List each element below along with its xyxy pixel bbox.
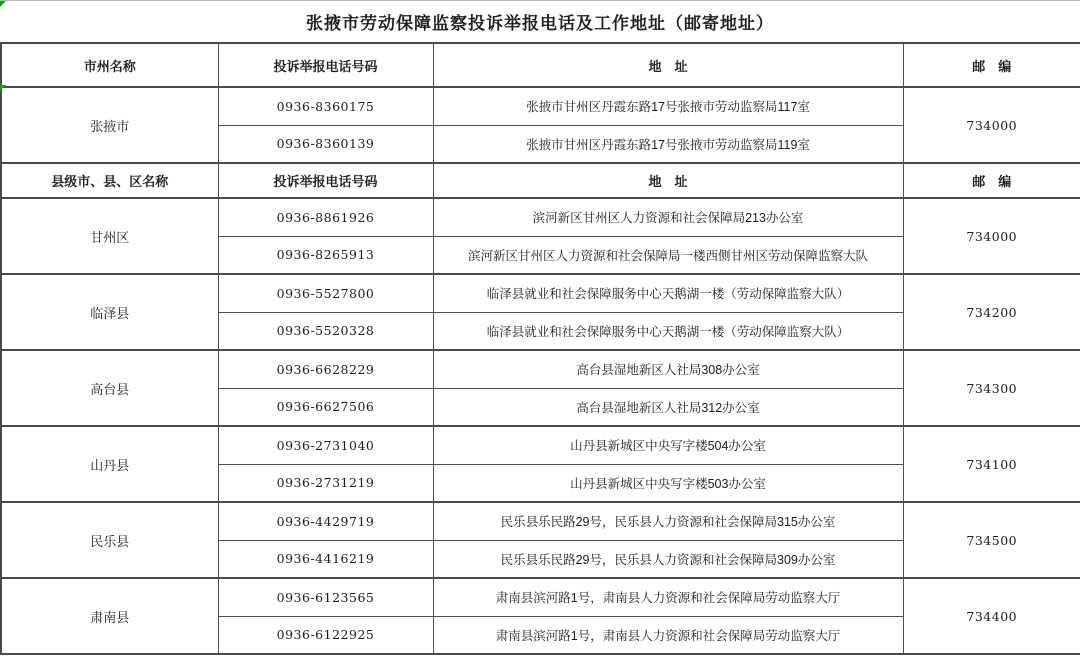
address-cell: 张掖市甘州区丹霞东路17号张掖市劳动监察局117室 bbox=[433, 87, 903, 125]
postal-code-cell: 734300 bbox=[903, 350, 1080, 426]
address-cell: 民乐县乐民路29号，民乐县人力资源和社会保障局315办公室 bbox=[433, 502, 903, 540]
phone-cell: 0936-5527800 bbox=[218, 274, 433, 312]
table-row: 民乐县0936-4429719民乐县乐民路29号，民乐县人力资源和社会保障局31… bbox=[1, 502, 1080, 540]
phone-cell: 0936-4429719 bbox=[218, 502, 433, 540]
address-cell: 山丹县新城区中央写字楼503办公室 bbox=[433, 464, 903, 502]
postal-code-cell: 734500 bbox=[903, 502, 1080, 578]
region-name-cell: 民乐县 bbox=[1, 502, 218, 578]
table-row: 山丹县0936-2731040山丹县新城区中央写字楼504办公室734100 bbox=[1, 426, 1080, 464]
contact-table: 市州名称投诉举报电话号码地 址邮 编张掖市0936-8360175张掖市甘州区丹… bbox=[0, 42, 1080, 655]
phone-cell: 0936-2731219 bbox=[218, 464, 433, 502]
address-cell: 滨河新区甘州区人力资源和社会保障局213办公室 bbox=[433, 198, 903, 236]
column-header: 邮 编 bbox=[903, 43, 1080, 87]
phone-cell: 0936-6122925 bbox=[218, 616, 433, 654]
document-page: 张掖市劳动保障监察投诉举报电话及工作地址（邮寄地址） 市州名称投诉举报电话号码地… bbox=[0, 0, 1080, 657]
table-row: 甘州区0936-8861926滨河新区甘州区人力资源和社会保障局213办公室73… bbox=[1, 198, 1080, 236]
address-cell: 肃南县滨河路1号，肃南县人力资源和社会保障局劳动监察大厅 bbox=[433, 616, 903, 654]
table-row: 临泽县0936-5527800临泽县就业和社会保障服务中心天鹅湖一楼（劳动保障监… bbox=[1, 274, 1080, 312]
phone-cell: 0936-6628229 bbox=[218, 350, 433, 388]
contact-table-body: 市州名称投诉举报电话号码地 址邮 编张掖市0936-8360175张掖市甘州区丹… bbox=[1, 43, 1080, 654]
phone-cell: 0936-8265913 bbox=[218, 236, 433, 274]
column-header: 邮 编 bbox=[903, 163, 1080, 198]
table-header-row: 市州名称投诉举报电话号码地 址邮 编 bbox=[1, 43, 1080, 87]
table-header-row: 县级市、县、区名称投诉举报电话号码地 址邮 编 bbox=[1, 163, 1080, 198]
address-cell: 滨河新区甘州区人力资源和社会保障局一楼西侧甘州区劳动保障监察大队 bbox=[433, 236, 903, 274]
phone-cell: 0936-6123565 bbox=[218, 578, 433, 616]
address-cell: 肃南县滨河路1号，肃南县人力资源和社会保障局劳动监察大厅 bbox=[433, 578, 903, 616]
region-name-cell: 高台县 bbox=[1, 350, 218, 426]
address-cell: 高台县湿地新区人社局308办公室 bbox=[433, 350, 903, 388]
phone-cell: 0936-8861926 bbox=[218, 198, 433, 236]
table-row: 高台县0936-6628229高台县湿地新区人社局308办公室734300 bbox=[1, 350, 1080, 388]
postal-code-cell: 734100 bbox=[903, 426, 1080, 502]
postal-code-cell: 734000 bbox=[903, 198, 1080, 274]
column-header: 投诉举报电话号码 bbox=[218, 163, 433, 198]
column-header: 市州名称 bbox=[1, 43, 218, 87]
postal-code-cell: 734400 bbox=[903, 578, 1080, 654]
column-header: 投诉举报电话号码 bbox=[218, 43, 433, 87]
table-row: 张掖市0936-8360175张掖市甘州区丹霞东路17号张掖市劳动监察局117室… bbox=[1, 87, 1080, 125]
phone-cell: 0936-2731040 bbox=[218, 426, 433, 464]
address-cell: 临泽县就业和社会保障服务中心天鹅湖一楼（劳动保障监察大队） bbox=[433, 312, 903, 350]
column-header: 地 址 bbox=[433, 43, 903, 87]
table-row: 肃南县0936-6123565肃南县滨河路1号，肃南县人力资源和社会保障局劳动监… bbox=[1, 578, 1080, 616]
phone-cell: 0936-6627506 bbox=[218, 388, 433, 426]
region-name-cell: 临泽县 bbox=[1, 274, 218, 350]
phone-cell: 0936-8360139 bbox=[218, 125, 433, 163]
address-cell: 张掖市甘州区丹霞东路17号张掖市劳动监察局119室 bbox=[433, 125, 903, 163]
address-cell: 山丹县新城区中央写字楼504办公室 bbox=[433, 426, 903, 464]
region-name-cell: 甘州区 bbox=[1, 198, 218, 274]
address-cell: 民乐县乐民路29号，民乐县人力资源和社会保障局309办公室 bbox=[433, 540, 903, 578]
excel-corner-marker-icon bbox=[0, 85, 6, 91]
postal-code-cell: 734200 bbox=[903, 274, 1080, 350]
phone-cell: 0936-5520328 bbox=[218, 312, 433, 350]
phone-cell: 0936-4416219 bbox=[218, 540, 433, 578]
region-name-cell: 肃南县 bbox=[1, 578, 218, 654]
phone-cell: 0936-8360175 bbox=[218, 87, 433, 125]
region-name-cell: 张掖市 bbox=[1, 87, 218, 163]
address-cell: 高台县湿地新区人社局312办公室 bbox=[433, 388, 903, 426]
postal-code-cell: 734000 bbox=[903, 87, 1080, 163]
table-title: 张掖市劳动保障监察投诉举报电话及工作地址（邮寄地址） bbox=[0, 1, 1080, 42]
excel-corner-marker-icon bbox=[0, 1, 6, 7]
region-name-cell: 山丹县 bbox=[1, 426, 218, 502]
column-header: 地 址 bbox=[433, 163, 903, 198]
column-header: 县级市、县、区名称 bbox=[1, 163, 218, 198]
address-cell: 临泽县就业和社会保障服务中心天鹅湖一楼（劳动保障监察大队） bbox=[433, 274, 903, 312]
